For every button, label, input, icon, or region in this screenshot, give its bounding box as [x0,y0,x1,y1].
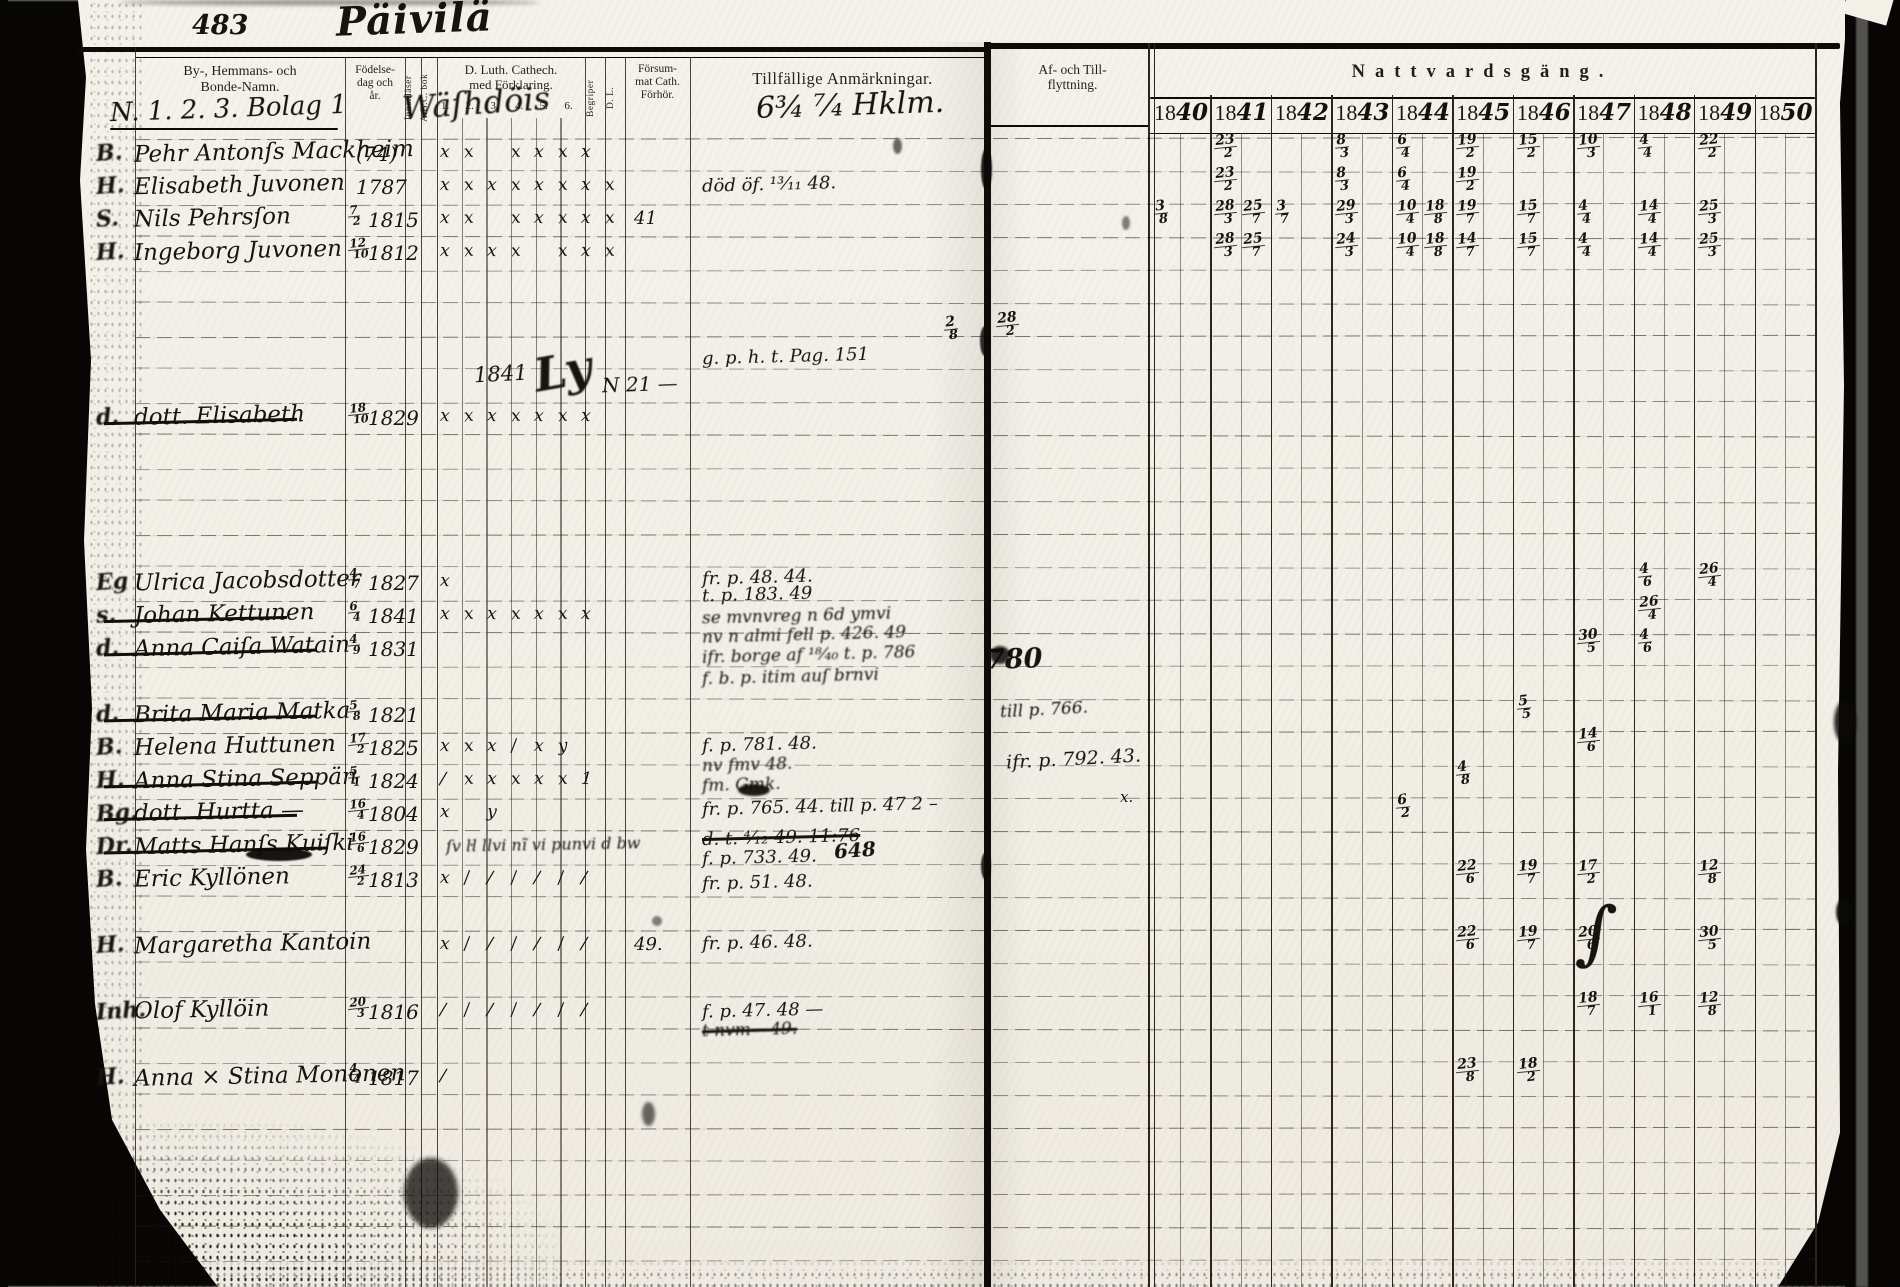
row-prefix: H. [95,933,125,957]
row-name: Anna × Stina Mononen [134,1062,406,1091]
birth-year: 1812 [368,243,419,263]
year-half-rule [1603,133,1604,1287]
communion-date: 226 [1455,859,1481,887]
fraction-denominator: 4 [350,1074,363,1085]
row-name: Johan Kettunen [134,601,315,628]
row-name: Nils Pehrsſon [134,205,291,232]
row-name: Anna Stina Seppän [134,766,357,794]
catechism-mark: / [486,870,493,888]
communion-date: 46 [1636,628,1652,655]
catechism-mark: x [439,177,450,195]
year-handwritten-digits: 40 [1176,99,1208,126]
communion-date: 144 [1636,199,1662,227]
birth-date-fraction: 242 [347,864,370,888]
catechism-mark: x [604,210,615,228]
column-rule [421,57,422,1287]
fraction-denominator: 4 [1700,575,1725,589]
year-half-rule [1301,133,1302,1287]
catechism-mark: x [580,177,591,195]
communion-date: 103 [1576,133,1602,161]
missed-line2: mat Cath. [625,76,690,89]
catechism-mark: x [486,408,497,426]
birth-year: 1804 [368,804,419,824]
birth-line1: Födelse- [346,64,404,77]
row-prefix: H. [95,240,125,264]
ink-smudge [981,148,992,190]
catechism-mark: x [557,210,568,228]
fraction-denominator: 7 [1579,1004,1604,1018]
catechism-mark: x [439,804,450,822]
row-name: Anna Caiſa Watain [134,634,350,662]
communion-date: 44 [1576,232,1592,259]
communion-date: 161 [1636,991,1662,1019]
ink-smudge [652,916,662,926]
communion-date: 283 [1213,232,1239,260]
fraction-denominator: 3 [1337,147,1352,160]
birth-date-fraction: 172 [347,732,370,756]
communion-date: 253 [1697,232,1723,260]
row-prefix: S. [95,207,119,231]
communion-date: 257 [1241,232,1267,260]
catechism-mark: x [557,771,568,789]
fraction-denominator: 8 [1156,213,1171,226]
catechism-mark: x [463,738,474,756]
ink-smudge [1834,700,1856,744]
handwritten-annotation: N 21 — [602,371,678,398]
fraction-denominator: 7 [350,579,363,590]
catechism-mark: x [510,177,521,195]
row-name: Elisabeth Juvonen [134,172,345,200]
communion-date: 293 [1334,199,1360,227]
row-prefix: Bg. [95,801,138,826]
birth-date-fraction: 44 [347,1062,362,1085]
catechism-mark: x [557,606,568,624]
ink-smudge [893,138,902,154]
dirt-speckles-bottom [95,1258,1845,1287]
birth-year: 1829 [368,837,419,857]
year-handwritten-digits: 41 [1236,99,1268,126]
year-half-rule [1543,133,1544,1287]
year-handwritten-digits: 45 [1478,99,1510,126]
year-printed-prefix: 18 [1759,100,1781,125]
communion-date: 264 [1697,562,1723,590]
catechism-mark: x [580,606,591,624]
row-name: Margaretha Kantoin [134,931,372,959]
remark-note: fr. p. 51. 48. [702,873,813,894]
catechism-mark: x [557,408,568,426]
ink-smudge [1836,898,1852,926]
year-half-rule [1241,133,1242,1287]
fraction-denominator: 8 [1700,872,1725,886]
birth-year: 1824 [368,771,419,791]
catechism-mark: / [510,1002,518,1020]
catechism-mark: x [463,408,474,426]
printed-rule [988,43,1840,49]
fraction-denominator: 6 [1579,740,1604,754]
page-fold-shadow [928,42,984,1287]
fraction-denominator: 8 [1458,1070,1483,1084]
communion-date: 37 [1274,199,1290,226]
remark-note: t nvm – 49. [702,1021,798,1041]
year-printed-prefix: 18 [1335,100,1357,125]
year-header: 1843 [1335,99,1387,126]
communion-date: 64 [1394,133,1410,160]
year-half-rule [1362,133,1363,1287]
communion-date: 283 [1213,199,1239,227]
fraction-denominator: 2 [1579,872,1604,886]
catechism-mark: x [486,606,497,624]
handwritten-annotation: Ly [530,339,596,402]
communion-date: 232 [1213,133,1239,161]
fraction-denominator: 4 [1398,212,1423,226]
catechism-mark: x [557,144,568,162]
birth-year: 1816 [368,1002,419,1022]
fraction-denominator: 7 [1519,212,1544,226]
catechism-mark: x [463,210,474,228]
communion-date: 128 [1697,991,1723,1019]
birth-date-fraction: 64 [347,600,362,623]
fraction-denominator: 3 [1217,212,1242,226]
fraction-denominator: 6 [1458,872,1483,886]
row-name: Helena Huttunen [134,733,336,761]
catechism-mark: x [604,243,615,261]
birth-date-fraction: 51 [347,765,362,788]
communion-date: 147 [1455,232,1481,260]
catechism-mark: x [439,573,450,591]
birth-year: 1825 [368,738,419,758]
birth-date-fraction: 58 [347,699,362,722]
catechism-mark: / [580,870,587,888]
catechism-mark: / [533,936,540,954]
fraction-denominator: 7 [1245,245,1270,259]
catechism-mark: x [510,243,521,261]
column-rule [486,118,487,1287]
missed-line1: Försum- [625,63,690,76]
handwritten-annotation: 6¾ ⁷⁄₄ Hklm. [755,85,944,127]
communion-date: 146 [1576,727,1602,755]
communion-date: 64 [1394,166,1410,193]
birth-date-fraction: 49 [347,633,362,656]
catechism-mark: x [463,144,474,162]
year-column-rule [1513,95,1514,1287]
row-prefix: d. [95,702,120,726]
year-header: 1849 [1698,99,1750,126]
col-header-birth: Födelse- dag och år. [346,64,404,103]
row-prefix: B. [95,735,123,759]
ink-smudge [642,1102,655,1126]
catechism-mark: x [580,210,591,228]
catechism-mark: / [463,936,471,954]
year-printed-prefix: 18 [1154,100,1176,125]
catechism-mark: x [463,243,474,261]
row-prefix: B. [95,867,123,891]
fraction-denominator: 2 [350,216,363,227]
annotation-underline [110,128,338,130]
birth-year: 1817 [368,1068,419,1088]
communion-date: 264 [1636,595,1662,623]
year-half-rule [1724,133,1725,1287]
communion-date: 257 [1241,199,1267,227]
fraction-denominator: 3 [1700,212,1725,226]
year-column-rule [1271,95,1272,1287]
col-header-missed: Försum- mat Cath. Förhör. [625,63,690,102]
birth-date-fraction: 72 [347,204,362,227]
communion-date: 104 [1395,232,1421,260]
row-prefix: H. [95,174,125,198]
year-column-rule [1634,95,1635,1287]
year-header: 1846 [1517,99,1569,126]
birth-year: 1829 [368,408,419,428]
catechism-mark: / [439,1002,446,1020]
row-name: Olof Kyllöin [134,998,270,1024]
fraction-denominator: 4 [1640,245,1665,259]
communion-date: 197 [1455,199,1481,227]
fraction-denominator: 3 [1579,146,1604,160]
ink-smudge [1122,216,1130,230]
birth-year: 1827 [368,573,419,593]
catechism-mark: / [533,1002,540,1020]
fraction-denominator: 5 [1519,708,1534,721]
fraction-denominator: 3 [1338,212,1363,226]
communion-date: 46 [1636,562,1652,589]
catechism-mark: x [510,606,521,624]
column-rule [511,118,512,1287]
catechism-mark: x [533,144,544,162]
year-handwritten-digits: 46 [1539,99,1571,126]
ink-smudge [120,0,540,5]
catechism-mark: x [557,243,568,261]
communion-date: 44 [1576,199,1592,226]
fraction-denominator: 7 [1458,212,1483,226]
catechism-mark: / [510,870,518,888]
year-column-rule [1452,95,1453,1287]
catechism-mark: x [463,606,474,624]
communion-date: 243 [1334,232,1360,260]
col-header-begriper: Begriper [586,60,601,136]
ink-smudge [246,848,312,861]
catechism-mark: x [439,210,450,228]
printed-rule [135,57,985,58]
catechism-mark: x [439,738,450,756]
row-prefix: H. [95,768,125,792]
catechism-mark: x [557,177,568,195]
catechism-mark: / [557,870,565,888]
remark-note: nv fmv 48. [702,756,793,776]
year-header: 1842 [1275,99,1327,126]
col-header-dl: D. L. [606,60,621,136]
catechism-mark: x [439,144,450,162]
catechism-mark: x [439,408,450,426]
year-half-rule [1785,133,1786,1287]
fraction-denominator: 7 [1519,938,1544,952]
catechism-mark: x [510,144,521,162]
fraction-denominator: 8 [1426,245,1451,259]
row-name: Ulrica Jacobsdotter [134,568,361,596]
missed-exam-value: 41 [634,210,657,228]
communion-date: 253 [1697,199,1723,227]
column-rule [690,57,691,1287]
communion-date: 222 [1697,133,1723,161]
fraction-denominator: 4 [1398,147,1413,160]
fold-annotation-fraction: 28 [943,315,959,342]
communion-date: 38 [1153,199,1169,226]
handwritten-annotation: x. [1120,788,1133,806]
handwritten-annotation: 1841 [473,361,528,388]
catechism-mark: / [510,738,518,756]
catechism-mark: / [463,1002,471,1020]
year-handwritten-digits: 42 [1297,99,1329,126]
catechism-mark: y [486,804,497,822]
catechism-mark: x [533,738,544,756]
year-half-rule [1483,133,1484,1287]
catechism-mark: x [510,210,521,228]
year-printed-prefix: 18 [1577,100,1599,125]
catechism-mark: x [604,177,615,195]
catechism-mark: x [486,771,497,789]
remark-note: fr. p. 46. 48. [702,933,813,954]
fraction-denominator: 4 [1398,180,1413,193]
catechism-mark: / [439,1068,446,1086]
catechism-mark: / [510,936,518,954]
row-prefix: B. [95,141,123,165]
birth-date-fraction: 1810 [347,402,370,426]
year-printed-prefix: 18 [1275,100,1297,125]
year-header: 1844 [1396,99,1448,126]
year-printed-prefix: 18 [1517,100,1539,125]
year-header: 1840 [1154,99,1206,126]
year-column-rule [1573,95,1574,1287]
year-half-rule [1664,133,1665,1287]
catechism-mark: x [533,210,544,228]
fraction-denominator: 2 [1398,807,1413,820]
fraction-denominator: 7 [1519,872,1544,886]
scanned-ledger-page: 483 Päivilä By-, Hemmans- och Bonde-Namn… [0,0,1900,1287]
year-column-rule [1392,95,1393,1287]
year-column-rule [1331,95,1332,1287]
catechism-mark: x [486,243,497,261]
birth-year: 1815 [368,210,419,230]
fraction-denominator: 8 [350,711,363,722]
remark-note: död öf. ¹³⁄₁₁ 48. [702,174,837,196]
fraction-denominator: 4 [1640,147,1655,160]
communion-date: 226 [1455,925,1481,953]
ink-smudge [738,784,770,796]
fraction-denominator: 4 [1398,245,1423,259]
year-header: 1841 [1214,99,1266,126]
birth-year: 1787 [356,177,407,197]
catechism-mark: / [439,771,446,789]
year-header: 1847 [1577,99,1629,126]
communion-date: 104 [1395,199,1421,227]
catechism-mark: / [463,870,471,888]
fraction-denominator: 2 [1519,1070,1544,1084]
catechism-mark: / [557,936,565,954]
birth-date-fraction: 1210 [347,237,370,261]
fraction-denominator: 2 [998,324,1023,338]
communion-date: 192 [1455,133,1481,161]
year-header: 1845 [1456,99,1508,126]
row-name: dott. Hurtta — [134,799,305,826]
year-header: 1850 [1759,99,1811,126]
remark-note: f. p. 781. 48. [702,734,817,755]
scan-edge-stripe [1856,0,1868,1287]
fraction-denominator: 2 [1217,146,1242,160]
fraction-denominator: 3 [1338,245,1363,259]
catechism-mark: x [533,408,544,426]
fraction-denominator: 5 [1700,938,1725,952]
missed-line3: Förhör. [625,89,690,102]
birth-line3: år. [346,90,404,103]
fraction-denominator: 2 [1217,179,1242,193]
row-prefix: Dr. [95,834,133,859]
ink-smudge [980,326,990,356]
row-name: dott. Elisabeth [134,403,306,430]
year-handwritten-digits: 44 [1418,99,1450,126]
fraction-denominator: 6 [1640,576,1655,589]
printed-rule [988,125,1150,127]
catechism-mark: / [580,1002,587,1020]
birth-year: 1821 [368,705,419,725]
birth-year: 1841 [368,606,419,626]
communion-date: 55 [1515,694,1531,721]
communion-date: 44 [1636,133,1652,160]
fraction-denominator: 6 [1458,938,1483,952]
year-printed-prefix: 18 [1638,100,1660,125]
catechism-mark: x [439,606,450,624]
communion-date: 197 [1515,925,1541,953]
fraction-denominator: 2 [1458,179,1483,193]
birth-date-fraction: 166 [347,831,370,855]
page-title: Päivilä [335,0,493,44]
fraction-denominator: 8 [1700,1004,1725,1018]
fraction-denominator: 4 [1579,213,1594,226]
row-prefix: H. [95,1065,125,1089]
communion-date: 305 [1697,925,1723,953]
catechism-mark: x [463,177,474,195]
year-column-rule [1210,95,1211,1287]
catechism-mark: x [533,177,544,195]
communion-date: 144 [1636,232,1662,260]
row-name: Eric Kyllönen [134,865,290,892]
birth-year: (74) [356,144,397,164]
handwritten-annotation: 648 [833,837,876,864]
column-rule [625,57,626,1287]
row-name: Ingeborg Juvonen [134,238,342,266]
communion-date: 232 [1213,166,1239,194]
fraction-denominator: 9 [350,645,363,656]
ink-smudge [990,646,1010,664]
year-handwritten-digits: 50 [1781,99,1813,126]
remark-note: f. b. p. itim auſ brnvi [702,667,879,689]
fraction-denominator: 4 [350,612,363,623]
communion-date: 152 [1515,133,1541,161]
communion-date: 128 [1697,859,1723,887]
fraction-denominator: 1 [350,777,363,788]
row-name: Brita Maria Matka [134,700,351,728]
cathech-number: 6. [564,100,572,112]
year-header: 1848 [1638,99,1690,126]
catechism-mark: / [557,1002,565,1020]
year-handwritten-digits: 49 [1720,99,1752,126]
communion-date: 157 [1515,199,1541,227]
fraction-denominator: 6 [1640,642,1655,655]
ink-smudge [404,1158,458,1228]
fold-annotation-fraction: 282 [995,311,1021,339]
catechism-mark: x [510,771,521,789]
birth-year: 1813 [368,870,419,890]
fraction-denominator: 4 [1640,212,1665,226]
fraction-denominator: 7 [1519,245,1544,259]
